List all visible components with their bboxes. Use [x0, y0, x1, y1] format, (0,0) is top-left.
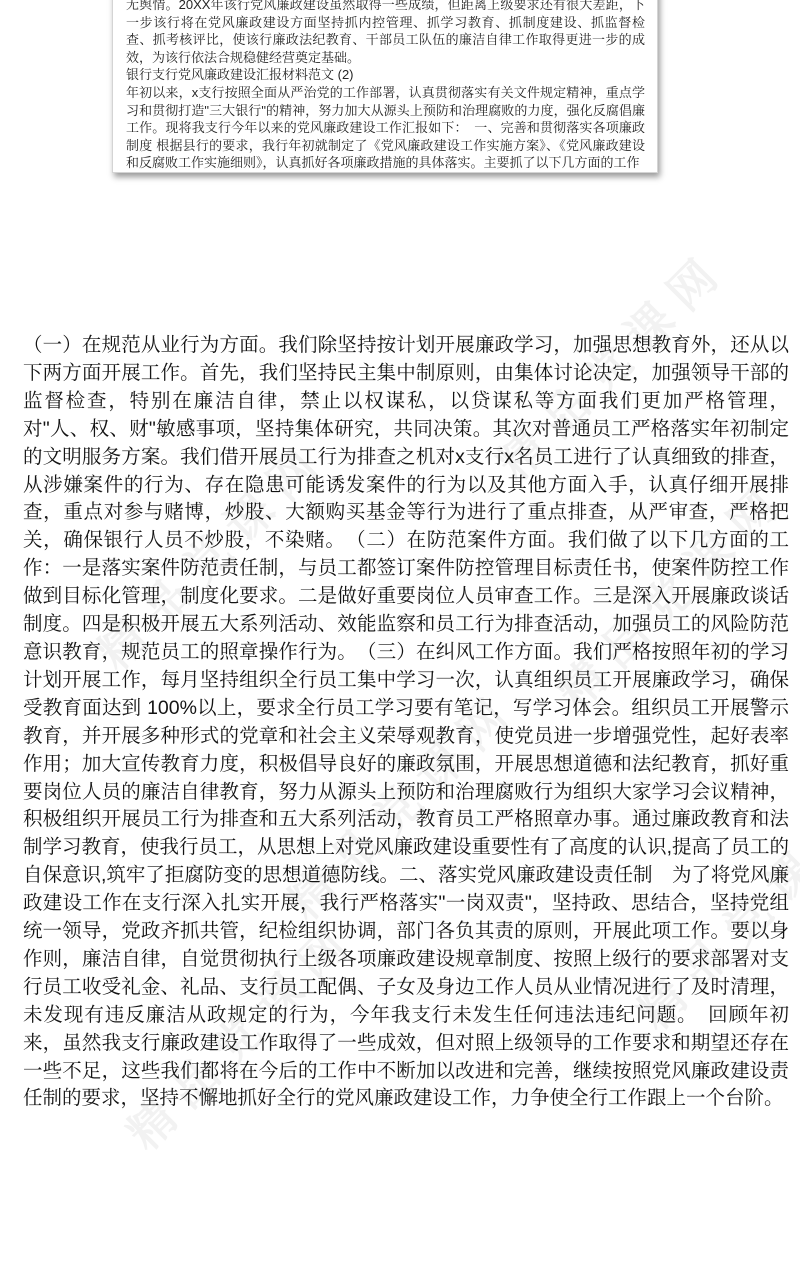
preview-clipped-paragraph: 无舆情。20XX年该行党风廉政建设虽然取得一些成绩，但距离上级要求还有很大差距，… — [126, 0, 645, 66]
document-preview-page: 无舆情。20XX年该行党风廉政建设虽然取得一些成绩，但距离上级要求还有很大差距，… — [112, 0, 658, 173]
main-body-text: （一）在规范从业行为方面。我们除坚持按计划开展廉政学习，加强思想教育外，还从以下… — [23, 332, 789, 1113]
page: 精品党课网 精品党课网 精品党课网 精品党课网 精品党课网 精品党课网 无舆情。… — [0, 0, 800, 1278]
preview-paragraph: 年初以来，x支行按照全面从严治党的工作部署，认真贯彻落实有关文件规定精神，重点学… — [126, 84, 645, 172]
preview-doc-title: 银行支行党风廉政建设汇报材料范文 (2) — [126, 66, 645, 84]
